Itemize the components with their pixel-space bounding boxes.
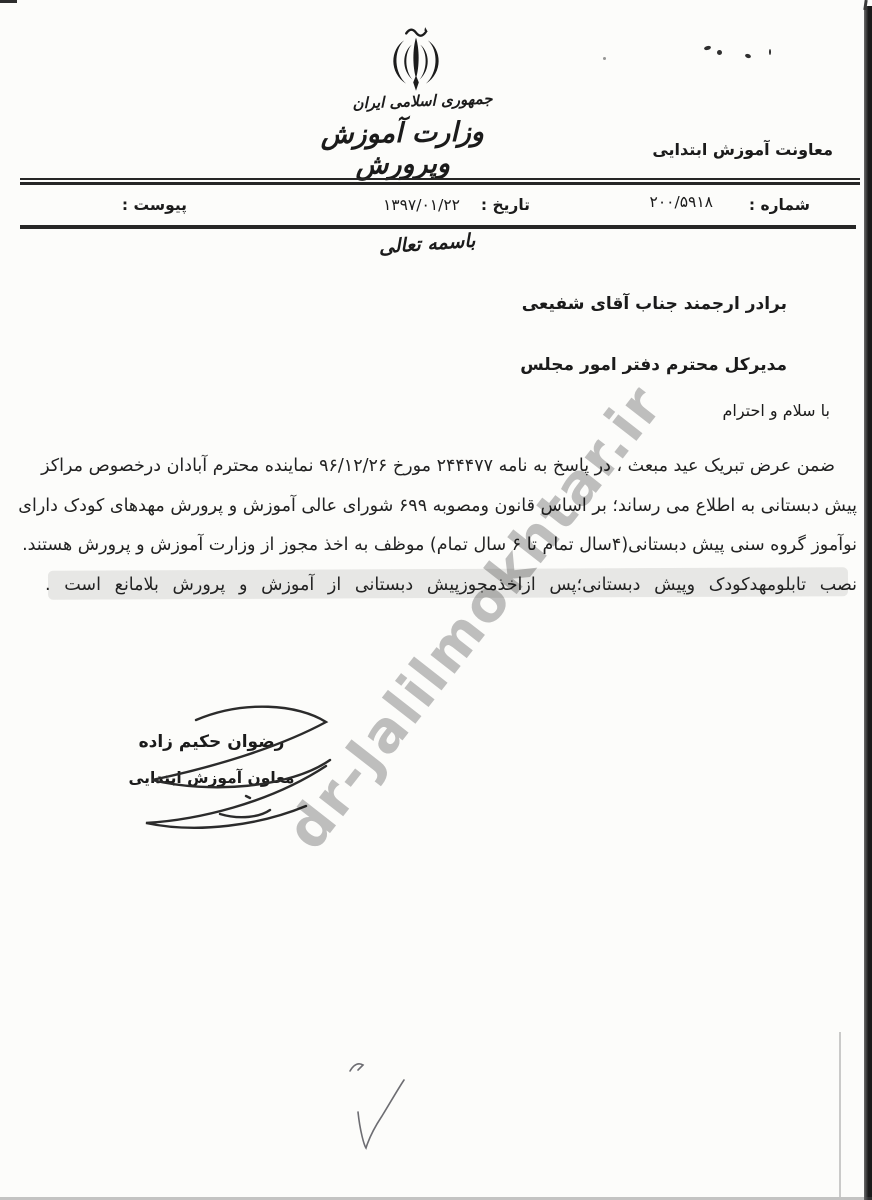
salutation-line: با سلام و احترام <box>722 401 830 420</box>
header-rule-bottom <box>20 225 856 229</box>
header-rule-top-thick <box>20 182 860 185</box>
number-value: ۲۰۰/۵۹۱۸ <box>650 193 714 211</box>
attachment-label: پیوست : <box>122 196 187 214</box>
checkmark-scribble <box>340 1055 420 1155</box>
scanned-letter-page: جمهوری اسلامی ایران وزارت آموزش وپرورش م… <box>0 0 872 1200</box>
scan-faint-line <box>839 1032 841 1197</box>
body-line: پیش دبستانی به اطلاع می رساند؛ بر اساس ق… <box>45 487 857 527</box>
body-line: نصب تابلومهدکودک وپیش دبستانی؛پس ازاخذمج… <box>45 566 857 606</box>
ink-speck <box>704 45 712 51</box>
letter-body: ضمن عرض تبریک عید مبعث ، در پاسخ به نامه… <box>45 447 857 605</box>
scan-edge-right <box>864 6 872 1200</box>
ministry-title: وزارت آموزش وپرورش <box>289 116 515 182</box>
ink-speck <box>717 50 722 55</box>
body-line: نوآموز گروه سنی پیش دبستانی(۴سال تمام تا… <box>45 526 857 566</box>
handwritten-signature <box>118 692 353 842</box>
ink-speck <box>744 53 751 59</box>
besmele-calligraphy: باسمه تعالی <box>351 228 502 260</box>
ink-speck <box>603 57 606 60</box>
country-title: جمهوری اسلامی ایران <box>330 89 516 113</box>
scan-corner-mark <box>0 0 17 3</box>
body-line: ضمن عرض تبریک عید مبعث ، در پاسخ به نامه… <box>45 447 857 487</box>
date-label: تاریخ : <box>481 196 530 214</box>
number-label: شماره : <box>749 196 810 214</box>
department-title: معاونت آموزش ابتدایی <box>652 140 833 159</box>
ink-speck <box>769 49 771 55</box>
recipient-line-1: برادر ارجمند جناب آقای شفیعی <box>522 294 787 314</box>
header-rule-top <box>20 178 860 180</box>
recipient-line-2: مدیرکل محترم دفتر امور مجلس <box>520 355 787 375</box>
iran-emblem-icon <box>381 24 451 96</box>
date-value: ۱۳۹۷/۰۱/۲۲ <box>383 196 460 214</box>
